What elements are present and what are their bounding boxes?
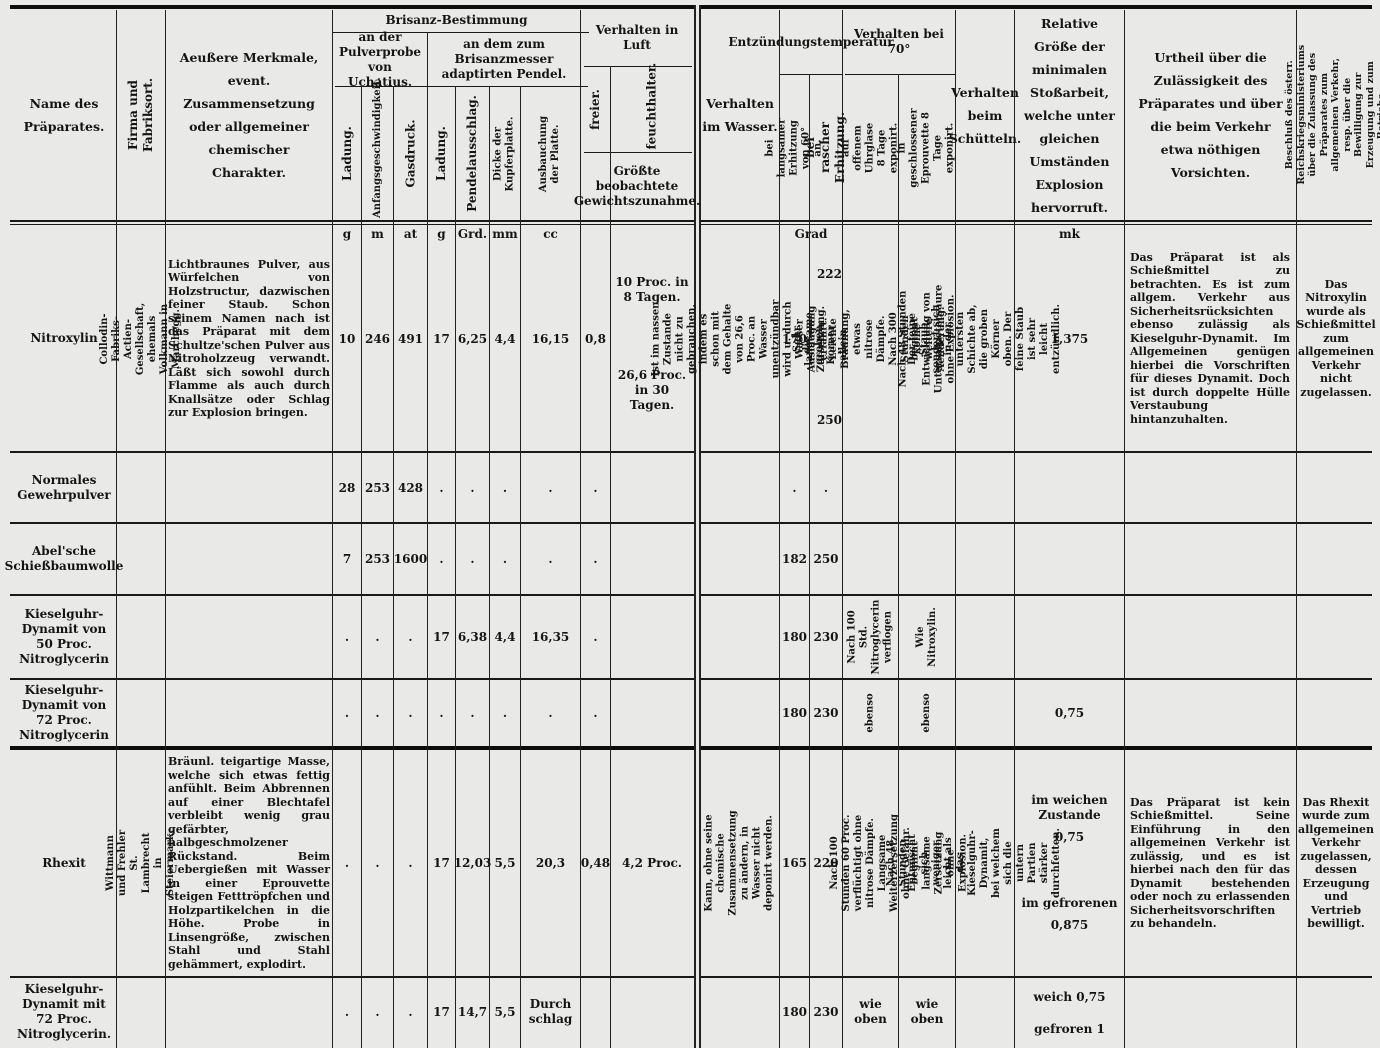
row-p-dicke: 4,4: [490, 226, 520, 451]
value: 165: [782, 856, 807, 870]
row-entz-langsam: 180: [780, 980, 809, 1044]
row-v70-geschl: Wie Nitroxylin.: [899, 596, 955, 678]
header-urtheil-text: Urtheil über die Zulässigkeit des Präpar…: [1133, 46, 1288, 184]
row-p-ausschlag: .: [456, 453, 489, 522]
value: .: [548, 481, 552, 495]
value: 182: [782, 552, 807, 566]
row-name-text: Rhexit: [42, 856, 86, 871]
row-entz-langsam: 180: [780, 680, 809, 746]
value: 17: [433, 630, 450, 644]
row-p-dicke: 5,5: [490, 980, 520, 1044]
header-v70-offen: auf offenem Uhrglase 8 Tage exponirt.: [843, 75, 898, 220]
row-name: Rhexit: [12, 750, 116, 976]
header-rule-left-2: [10, 224, 696, 225]
row-firm: Wittmann und Frehler St. Lambrecht in St…: [117, 750, 165, 976]
header-v70-geschl: in geschlossener Eprouvette 8 Tage expon…: [899, 75, 955, 220]
row-name-text: Kieselguhr-Dynamit von 72 Proc. Nitrogly…: [12, 683, 116, 743]
header-luft-feucht-text: feuchthalter.: [645, 70, 660, 150]
row-v70-text: Nach 100 Std. Nitroglycerin verflogen: [847, 600, 895, 675]
row-u-geschw: .: [362, 680, 393, 746]
row-name: Kieselguhr-Dynamit von 50 Proc. Nitrogly…: [12, 596, 116, 678]
header-pendel: an dem zum Brisanzmesser adaptirten Pend…: [428, 33, 580, 86]
value: .: [548, 552, 552, 566]
row-p-dicke: .: [490, 453, 520, 522]
row-u-ladung: .: [333, 680, 361, 746]
value: 17: [433, 1005, 450, 1019]
row-luft-freier: 0,8: [581, 226, 610, 451]
row-schuetteln: Entmischt sich weniger leicht als das Ki…: [956, 750, 1014, 976]
row-stoss-1: weich 0,75: [1015, 986, 1124, 1008]
row-entz-langsam: .: [780, 453, 809, 522]
header-v70: Verhalten bei 70°: [843, 10, 955, 74]
row-v70-offen: ebenso: [843, 680, 898, 746]
value: 222: [817, 267, 842, 281]
row-schuetteln: Der feine Staub sondert sich in der unte…: [956, 226, 1014, 451]
row-entz-rasch: 250: [810, 524, 842, 594]
header-rule-right-2: [700, 224, 1372, 225]
value-label: im weichen Zustande: [1015, 793, 1124, 823]
value: .: [503, 481, 507, 495]
value: .: [593, 481, 597, 495]
value: 0,75: [1055, 830, 1084, 844]
value: .: [503, 706, 507, 720]
value: 253: [365, 552, 390, 566]
value: .: [375, 630, 379, 644]
value: 250: [817, 413, 842, 427]
row-stoss-2: gefroren 1: [1015, 1018, 1124, 1040]
row-p-ausbauchung: .: [521, 680, 580, 746]
row-entz-rasch: 230: [810, 980, 842, 1044]
header-name: Name des Präparates.: [12, 10, 116, 220]
value: 16,15: [532, 332, 570, 346]
value: 491: [398, 332, 423, 346]
header-pendel-text: an dem zum Brisanzmesser adaptirten Pend…: [432, 37, 576, 82]
row-features-text: Bräunl. teigartige Masse, welche sich et…: [168, 755, 330, 971]
value: 5,5: [495, 856, 516, 870]
row-p-dicke: .: [490, 524, 520, 594]
value: .: [375, 1005, 379, 1019]
row-v70-offen: Sehr langsame Zersetzung. Leichte Bräunu…: [843, 226, 898, 451]
row-p-ladung: 17: [428, 226, 455, 451]
row-p-ladung: .: [428, 680, 455, 746]
row-name: Kieselguhr-Dynamit mit 72 Proc. Nitrogly…: [12, 980, 116, 1044]
header-v70-offen-text: auf offenem Uhrglase 8 Tage exponirt.: [841, 120, 901, 175]
header-name-text: Name des Präparates.: [12, 92, 116, 138]
value: 250: [813, 552, 838, 566]
value: weich 0,75: [1034, 990, 1106, 1005]
value: 7: [343, 552, 351, 566]
value: 0,875: [1051, 918, 1089, 932]
header-u-ladung-text: Ladung.: [340, 126, 355, 181]
header-features: Aeußere Merkmale, event. Zusammensetzung…: [166, 10, 332, 220]
row-u-ladung: 7: [333, 524, 361, 594]
value: .: [548, 706, 552, 720]
value: 180: [782, 1005, 807, 1019]
row-beschluss-text: Das Nitroxylin wurde als Schießmittel zu…: [1296, 278, 1375, 400]
value: 1600: [394, 552, 427, 566]
header-p-ausschlag-text: Pendelausschlag.: [465, 95, 480, 212]
value: .: [375, 856, 379, 870]
row-p-ausbauchung: 20,3: [521, 750, 580, 976]
row-p-ausbauchung: 16,35: [521, 596, 580, 678]
row-entz-rasch: .: [810, 453, 842, 522]
row-entz-rasch-2: 250: [810, 408, 842, 432]
value: .: [470, 706, 474, 720]
row-u-geschw: .: [362, 980, 393, 1044]
value: .: [593, 630, 597, 644]
header-u-gasdruck: Gasdruck.: [394, 87, 427, 220]
value: .: [345, 856, 349, 870]
value: 0,8: [585, 332, 606, 346]
header-entz: Entzündungstemperatur: [780, 10, 842, 74]
row-p-dicke: .: [490, 680, 520, 746]
document-table: Name des Präparates. Firma und Fabriksor…: [0, 0, 1380, 1048]
header-luft: Verhalten in Luft: [581, 10, 693, 66]
row-wasser: Kann, ohne seine chemische Zusammensetzu…: [701, 750, 779, 976]
header-luft-freier: freier.: [581, 67, 610, 152]
row-v70-text: wie oben: [853, 997, 888, 1027]
row-u-ladung: .: [333, 980, 361, 1044]
value: 16,35: [532, 630, 570, 644]
value: .: [439, 552, 443, 566]
row-v70-offen: wie oben: [843, 980, 898, 1044]
header-brisanz-text: Brisanz-Bestimmung: [386, 13, 528, 28]
row-v70-text: ebenso: [921, 685, 933, 741]
header-brisanz: Brisanz-Bestimmung: [333, 8, 580, 32]
header-rule-right: [700, 220, 1372, 222]
row-features-text: Lichtbraunes Pulver, aus Würfelchen von …: [168, 258, 330, 420]
row-urtheil-text: Das Präparat ist als Schießmittel zu bet…: [1130, 251, 1290, 427]
header-entz-rasch: bei rascher Erhitzung.: [810, 75, 842, 220]
value: .: [375, 706, 379, 720]
row-luft-freier: .: [581, 453, 610, 522]
value: .: [408, 706, 412, 720]
header-p-dicke-text: Dicke der Kupferplatte.: [493, 116, 517, 191]
header-firm: Firma und Fabriksort.: [117, 10, 165, 220]
value: .: [503, 552, 507, 566]
value: 0,48: [581, 856, 610, 870]
header-u-gasdruck-text: Gasdruck.: [403, 119, 418, 187]
row-p-ladung: 17: [428, 596, 455, 678]
row-v70-geschl: ebenso: [899, 680, 955, 746]
row-u-ladung: 10: [333, 226, 361, 451]
row-stoss: 1,375: [1015, 226, 1124, 451]
value: 246: [365, 332, 390, 346]
value: .: [408, 630, 412, 644]
row-v70-text: ebenso: [865, 686, 877, 741]
row-name-text: Normales Gewehrpulver: [12, 473, 116, 503]
row-entz-langsam: 165: [780, 750, 809, 976]
row-entz-langsam: 180: [780, 596, 809, 678]
row-u-geschw: .: [362, 596, 393, 678]
row-p-dicke: 4,4: [490, 596, 520, 678]
header-beschluss-text: Beschluß des österr. Reichskriegsministe…: [1284, 45, 1380, 185]
header-p-ausbauchung: Ausbauchung der Platte.: [521, 87, 580, 220]
value: 253: [365, 481, 390, 495]
row-features: Lichtbraunes Pulver, aus Würfelchen von …: [168, 226, 330, 451]
row-firm: Collodin-Fabriks-Actien-Gesellschaft, eh…: [117, 226, 165, 451]
row-p-ausschlag: 6,25: [456, 226, 489, 451]
header-luft-text: Verhalten in Luft: [581, 23, 693, 53]
row-v70-text: wie oben: [909, 997, 945, 1027]
value: .: [792, 481, 796, 495]
row-v70-text: Wie Nitroxylin.: [915, 607, 939, 667]
header-luft-gewicht-text: Größte beobachtete Gewichtszunahme.: [574, 164, 700, 209]
value: .: [345, 630, 349, 644]
value: 180: [782, 706, 807, 720]
row-name: Kieselguhr-Dynamit von 72 Proc. Nitrogly…: [12, 680, 116, 746]
value: 4,4: [495, 630, 516, 644]
header-schuetteln: Verhalten beim Schütteln.: [956, 10, 1014, 220]
row-wasser-text: Kann, ohne seine chemische Zusammensetzu…: [704, 810, 776, 915]
row-u-ladung: .: [333, 750, 361, 976]
row-name-text: Kieselguhr-Dynamit mit 72 Proc. Nitrogly…: [12, 982, 116, 1042]
row-luft-freier: .: [581, 680, 610, 746]
row-u-gasdruck: .: [394, 596, 427, 678]
header-stoss: Relative Größe der minimalen Stoßarbeit,…: [1015, 10, 1124, 220]
header-u-ladung: Ladung.: [333, 87, 361, 220]
row-p-dicke: 5,5: [490, 750, 520, 976]
value: 17: [433, 332, 450, 346]
value: 428: [398, 481, 423, 495]
row-name: Abel'sche Schießbaumwolle: [12, 524, 116, 594]
row-beschluss: Das Nitroxylin wurde als Schießmittel zu…: [1298, 226, 1374, 451]
value: 28: [339, 481, 356, 495]
row-p-ladung: .: [428, 524, 455, 594]
row-v70-geschl: wie oben: [899, 980, 955, 1044]
header-luft-gewicht: Größte beobachtete Gewichtszunahme.: [581, 153, 693, 220]
value: 12,03: [454, 856, 492, 870]
header-p-ausbauchung-text: Ausbauchung der Platte.: [539, 115, 563, 191]
row-v70-offen: Nach 100 Std. Nitroglycerin verflogen: [843, 596, 898, 678]
row-p-ladung: .: [428, 453, 455, 522]
row-sep-6-right: [700, 976, 1372, 978]
row-luft-feucht: 4,2 Proc.: [611, 750, 693, 976]
row-entz-langsam: 182: [780, 524, 809, 594]
header-p-ladung: Ladung.: [428, 87, 455, 220]
row-u-gasdruck: .: [394, 680, 427, 746]
value: .: [470, 552, 474, 566]
row-entz-rasch: 230: [810, 596, 842, 678]
row-p-ausschlag: .: [456, 680, 489, 746]
header-p-dicke: Dicke der Kupferplatte.: [490, 87, 520, 220]
row-p-ladung: 17: [428, 980, 455, 1044]
header-features-text: Aeußere Merkmale, event. Zusammensetzung…: [174, 46, 324, 184]
row-p-ladung: 17: [428, 750, 455, 976]
header-luft-feucht: feuchthalter.: [611, 67, 693, 152]
row-p-ausschlag: .: [456, 524, 489, 594]
row-p-ausbauchung: Durchschlag: [521, 980, 580, 1044]
value: .: [408, 856, 412, 870]
row-name-text: Kieselguhr-Dynamit von 50 Proc. Nitrogly…: [12, 607, 116, 667]
row-u-gasdruck: 491: [394, 226, 427, 451]
header-firm-text: Firma und Fabriksort.: [126, 78, 156, 152]
row-p-ausbauchung: 16,15: [521, 226, 580, 451]
row-name-text: Abel'sche Schießbaumwolle: [5, 544, 124, 574]
value: 20,3: [536, 856, 565, 870]
value: .: [593, 706, 597, 720]
value: gefroren 1: [1034, 1022, 1105, 1037]
value-label: im gefrorenen: [1022, 896, 1118, 911]
header-p-ausschlag: Pendelausschlag.: [456, 87, 489, 220]
row-urtheil-text: Das Präparat ist kein Schießmittel. Sein…: [1130, 796, 1290, 931]
header-v70-text: Verhalten bei 70°: [843, 27, 955, 57]
row-name-text: Nitroxylin: [30, 331, 97, 346]
row-u-geschw: 253: [362, 453, 393, 522]
row-p-ausbauchung: .: [521, 453, 580, 522]
row-p-ausschlag: 14,7: [456, 980, 489, 1044]
header-u-geschw: Anfangsgeschwindigkeit.: [362, 87, 393, 220]
value: 4,4: [495, 332, 516, 346]
header-u-geschw-text: Anfangsgeschwindigkeit.: [372, 90, 384, 218]
value: .: [408, 1005, 412, 1019]
row-p-ausschlag: 6,38: [456, 596, 489, 678]
value: 230: [813, 630, 838, 644]
header-rule-left: [10, 220, 696, 222]
page-gutter-line: [694, 5, 696, 1048]
value: 230: [813, 706, 838, 720]
value: .: [824, 481, 828, 495]
row-u-geschw: .: [362, 750, 393, 976]
row-urtheil: Das Präparat ist als Schießmittel zu bet…: [1130, 226, 1290, 451]
row-name: Normales Gewehrpulver: [12, 453, 116, 522]
row-u-gasdruck: 1600: [394, 524, 427, 594]
value: .: [345, 706, 349, 720]
value: 17: [433, 856, 450, 870]
row-sep-6-left: [10, 976, 696, 978]
row-u-gasdruck: .: [394, 750, 427, 976]
row-urtheil: Das Präparat ist kein Schießmittel. Sein…: [1130, 750, 1290, 976]
header-p-ladung-text: Ladung.: [434, 126, 449, 181]
row-stoss-2-label: im gefrorenen: [1015, 892, 1124, 914]
row-luft-freier: 0,48: [581, 750, 610, 976]
value: Durchschlag: [527, 997, 574, 1027]
header-stoss-text: Relative Größe der minimalen Stoßarbeit,…: [1019, 12, 1120, 219]
value: 5,5: [495, 1005, 516, 1019]
value: .: [593, 552, 597, 566]
value: .: [470, 481, 474, 495]
row-stoss-1: 0,75: [1015, 826, 1124, 848]
row-u-geschw: 246: [362, 226, 393, 451]
value: 0,75: [1055, 706, 1084, 720]
value: 180: [782, 630, 807, 644]
header-beschluss: Beschluß des österr. Reichskriegsministe…: [1297, 10, 1375, 220]
row-stoss-1-label: im weichen Zustande: [1015, 790, 1124, 826]
row-wasser: Ist im nassen Zustande nicht zu gebrauch…: [701, 226, 779, 451]
row-u-geschw: 253: [362, 524, 393, 594]
value: .: [345, 1005, 349, 1019]
row-u-ladung: .: [333, 596, 361, 678]
row-entz-rasch: 230: [810, 680, 842, 746]
row-u-ladung: 28: [333, 453, 361, 522]
header-schuetteln-text: Verhalten beim Schütteln.: [949, 81, 1022, 150]
value: 230: [813, 1005, 838, 1019]
row-features: Bräunl. teigartige Masse, welche sich et…: [168, 750, 330, 976]
value: 6,38: [458, 630, 487, 644]
row-beschluss-text: Das Rhexit wurde zum allgemeinen Verkehr…: [1298, 796, 1374, 931]
top-rule-right: [700, 5, 1372, 9]
row-u-gasdruck: 428: [394, 453, 427, 522]
value: 6,25: [458, 332, 487, 346]
row-luft-freier: .: [581, 596, 610, 678]
value: 4,2 Proc.: [622, 856, 682, 870]
value: 10: [339, 332, 356, 346]
row-stoss-2: 0,875: [1015, 914, 1124, 936]
value: .: [439, 481, 443, 495]
row-entz-rasch-1: 222: [810, 262, 842, 286]
row-beschluss: Das Rhexit wurde zum allgemeinen Verkehr…: [1298, 750, 1374, 976]
header-urtheil: Urtheil über die Zulässigkeit des Präpar…: [1125, 10, 1296, 220]
row-p-ausbauchung: .: [521, 524, 580, 594]
header-luft-freier-text: freier.: [588, 89, 603, 130]
row-u-gasdruck: .: [394, 980, 427, 1044]
row-firm-text: Wittmann und Frehler St. Lambrecht in St…: [105, 830, 177, 896]
value: 1,375: [1051, 332, 1089, 346]
row-luft-freier: .: [581, 524, 610, 594]
value: 14,7: [458, 1005, 487, 1019]
row-stoss: 0,75: [1015, 680, 1124, 746]
row-p-ausschlag: 12,03: [456, 750, 489, 976]
value: .: [439, 706, 443, 720]
